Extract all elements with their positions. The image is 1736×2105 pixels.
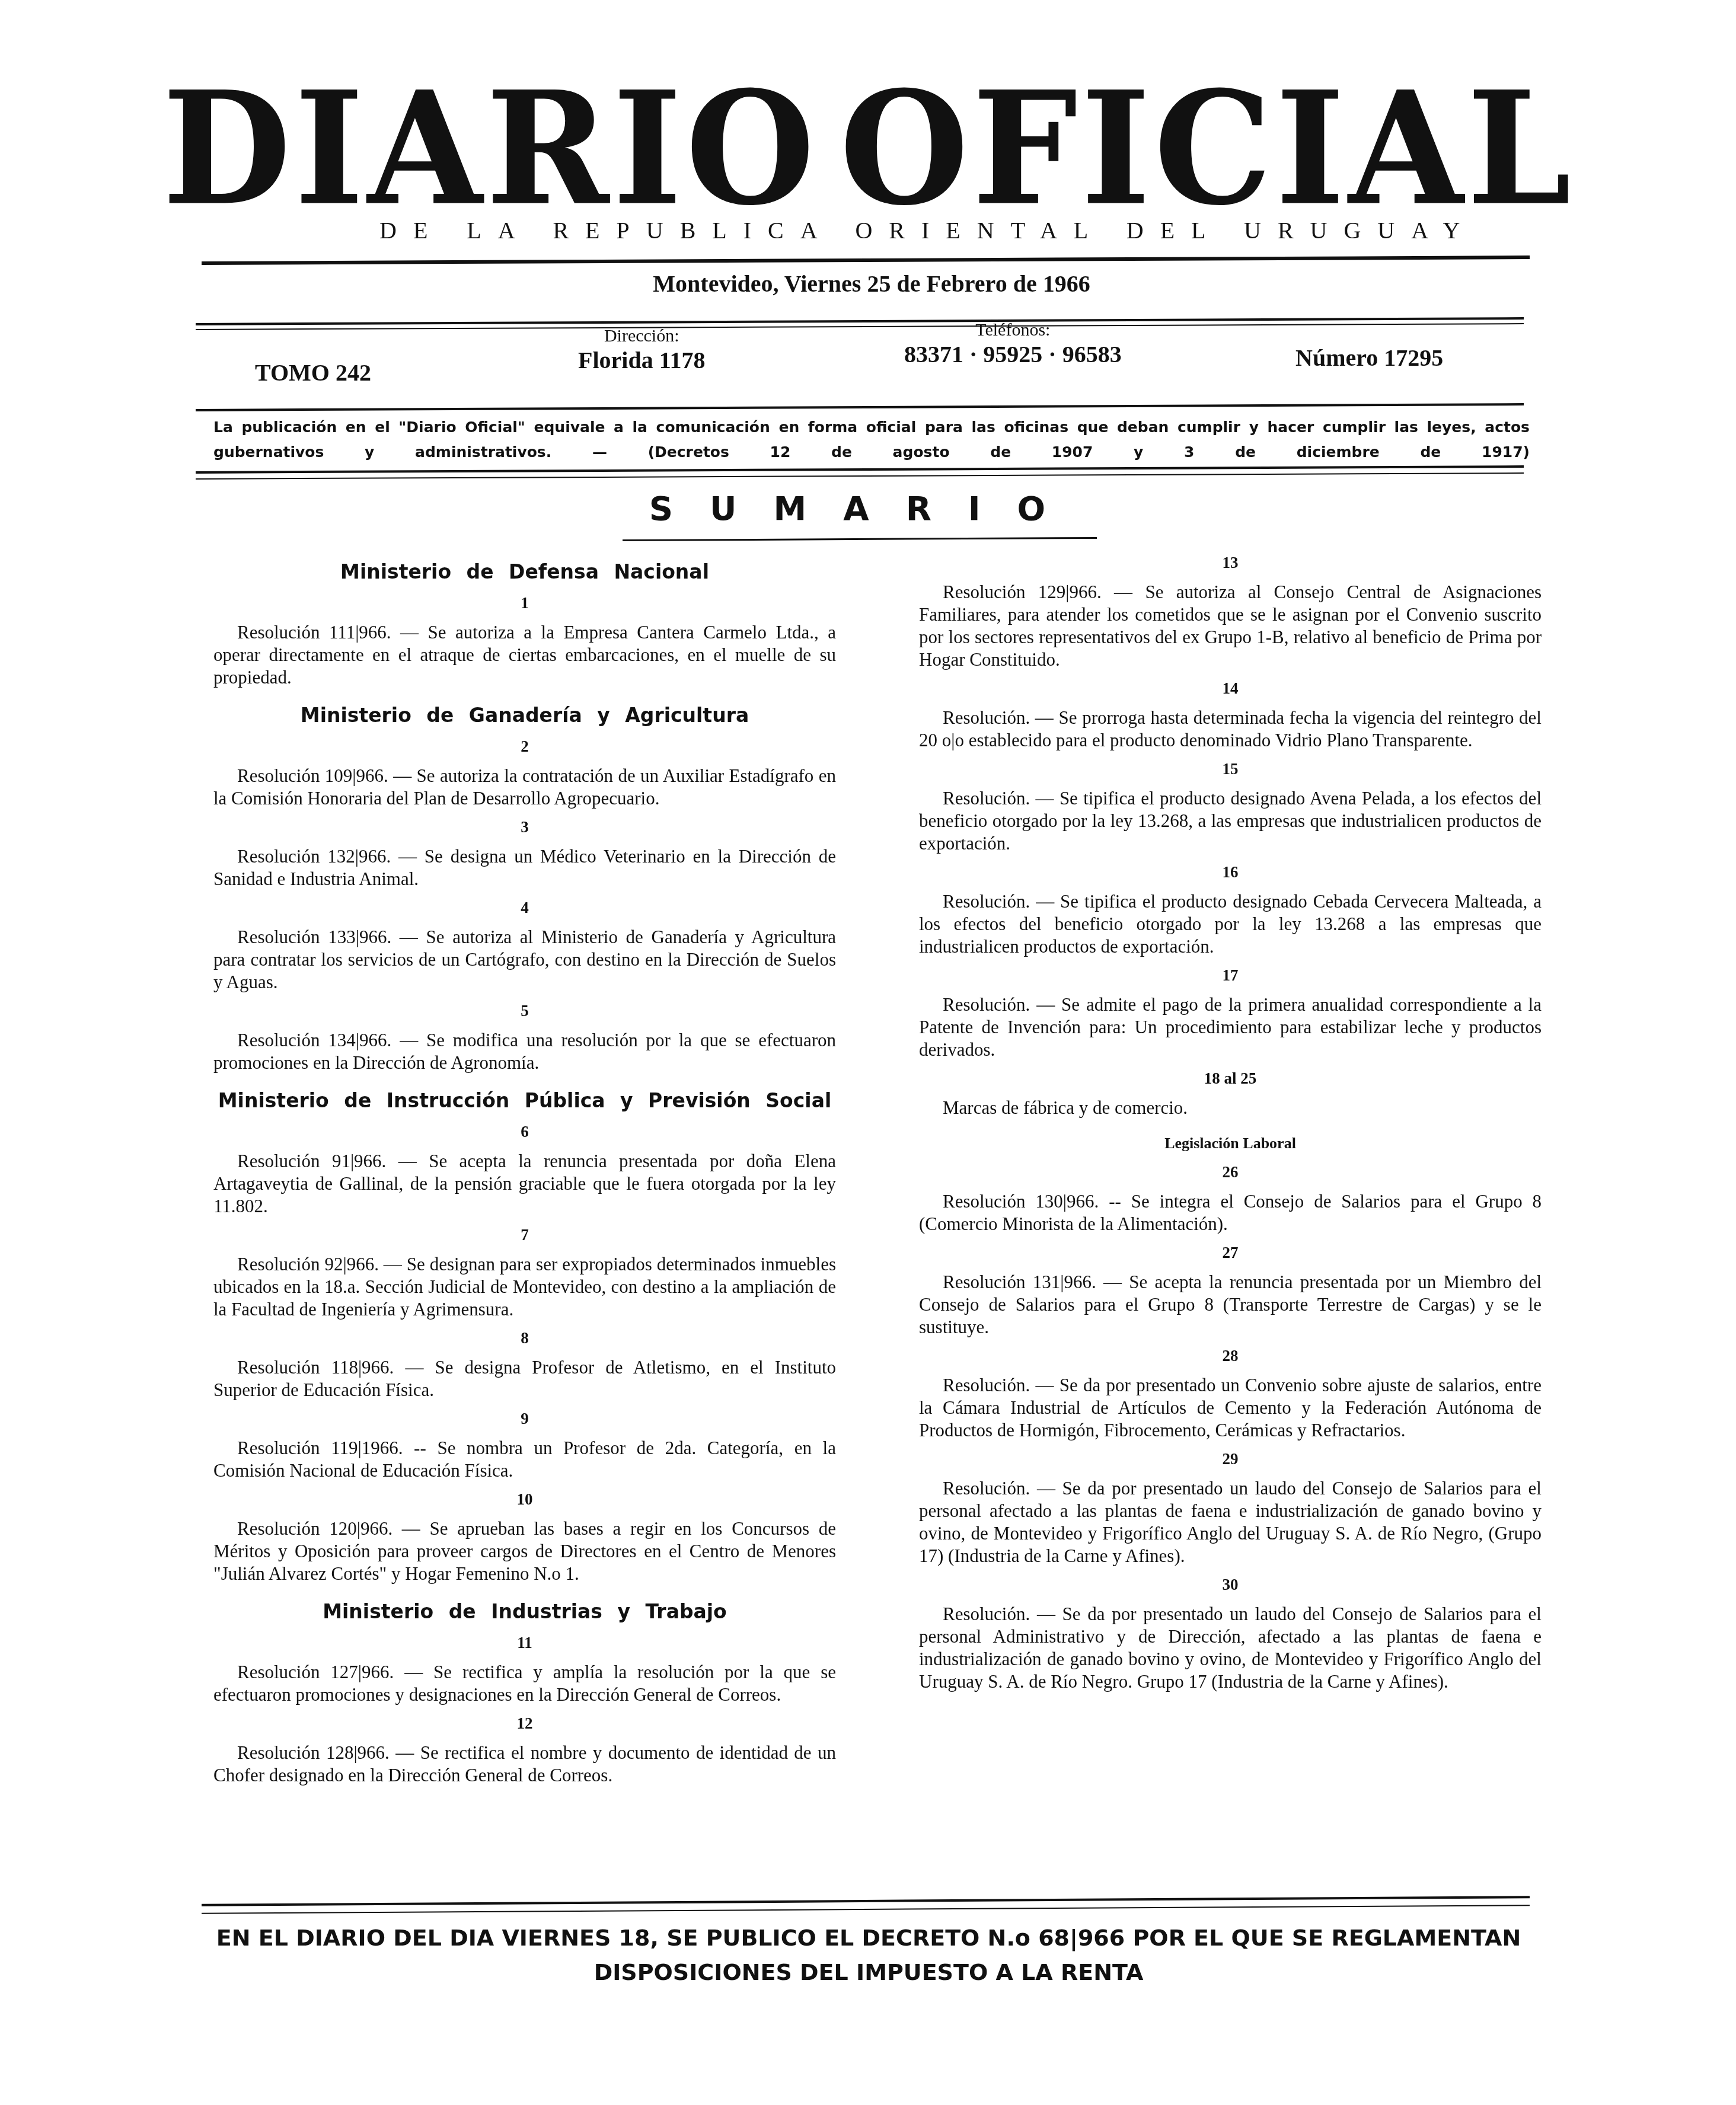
item-number: 12 bbox=[213, 1712, 836, 1735]
summary-entry: Resolución. — Se da por presentado un la… bbox=[919, 1477, 1542, 1567]
masthead-title-left: DIARIO bbox=[162, 71, 818, 226]
numero-info: Número 17295 bbox=[1295, 344, 1443, 372]
item-number: 4 bbox=[213, 896, 836, 919]
footer-line-1: EN EL DIARIO DEL DIA VIERNES 18, SE PUBL… bbox=[202, 1921, 1536, 1955]
divider-rule bbox=[202, 1896, 1530, 1906]
item-number: 7 bbox=[213, 1224, 836, 1246]
item-number: 16 bbox=[919, 861, 1542, 883]
item-number: 27 bbox=[919, 1241, 1542, 1264]
divider-rule bbox=[196, 472, 1524, 480]
legal-notice: La publicación en el "Diario Oficial" eq… bbox=[213, 415, 1530, 465]
ministry-heading: Ministerio de Industrias y Trabajo bbox=[213, 1601, 836, 1623]
direccion-value: Florida 1178 bbox=[578, 346, 705, 374]
divider-rule bbox=[202, 1905, 1530, 1914]
direccion-info: Dirección: Florida 1178 bbox=[578, 326, 705, 374]
summary-entry: Resolución 118|966. — Se designa Profeso… bbox=[213, 1356, 836, 1401]
summary-entry: Resolución. — Se tipifica el producto de… bbox=[919, 890, 1542, 958]
item-number: 1 bbox=[213, 592, 836, 614]
summary-entry: Marcas de fábrica y de comercio. bbox=[919, 1097, 1542, 1119]
numero-value: Número 17295 bbox=[1295, 344, 1443, 372]
summary-entry: Resolución 128|966. — Se rectifica el no… bbox=[213, 1742, 836, 1787]
item-number: 3 bbox=[213, 816, 836, 838]
item-number: 30 bbox=[919, 1573, 1542, 1596]
item-number: 5 bbox=[213, 999, 836, 1022]
summary-entry: Resolución 131|966. — Se acepta la renun… bbox=[919, 1271, 1542, 1339]
summary-entry: Resolución 134|966. — Se modifica una re… bbox=[213, 1029, 836, 1074]
ministry-heading: Ministerio de Instrucción Pública y Prev… bbox=[213, 1090, 836, 1112]
summary-entry: Resolución 132|966. — Se designa un Médi… bbox=[213, 845, 836, 890]
item-number: 15 bbox=[919, 758, 1542, 780]
summary-left-column: Ministerio de Defensa Nacional1Resolució… bbox=[213, 545, 836, 1789]
telefonos-label: Teléfonos: bbox=[904, 320, 1122, 340]
telefonos-value: 83371 · 95925 · 96583 bbox=[904, 340, 1122, 368]
summary-entry: Resolución. — Se prorroga hasta determin… bbox=[919, 707, 1542, 752]
summary-entry: Resolución 91|966. — Se acepta la renunc… bbox=[213, 1150, 836, 1218]
item-number: 18 al 25 bbox=[919, 1067, 1542, 1090]
item-number: 14 bbox=[919, 677, 1542, 699]
tomo-value: TOMO 242 bbox=[255, 359, 371, 386]
summary-entry: Resolución 120|966. — Se aprueban las ba… bbox=[213, 1518, 836, 1585]
item-number: 26 bbox=[919, 1161, 1542, 1183]
item-number: 28 bbox=[919, 1344, 1542, 1367]
divider-rule bbox=[196, 403, 1524, 411]
item-number: 11 bbox=[213, 1631, 836, 1654]
summary-entry: Resolución 130|966. -- Se integra el Con… bbox=[919, 1190, 1542, 1235]
summary-right-column: 13Resolución 129|966. — Se autoriza al C… bbox=[919, 545, 1542, 1695]
summary-entry: Resolución 109|966. — Se autoriza la con… bbox=[213, 765, 836, 810]
summary-entry: Resolución 129|966. — Se autoriza al Con… bbox=[919, 581, 1542, 671]
item-number: 29 bbox=[919, 1448, 1542, 1470]
summary-entry: Resolución. — Se tipifica el producto de… bbox=[919, 787, 1542, 855]
tomo-info: TOMO 242 bbox=[255, 359, 371, 386]
divider-rule bbox=[196, 465, 1524, 474]
summary-entry: Resolución 133|966. — Se autoriza al Min… bbox=[213, 926, 836, 994]
summary-entry: Resolución 119|1966. -- Se nombra un Pro… bbox=[213, 1437, 836, 1482]
item-number: 6 bbox=[213, 1120, 836, 1143]
divider-rule bbox=[202, 255, 1530, 265]
item-number: 8 bbox=[213, 1327, 836, 1349]
masthead: DIARIO OFICIAL bbox=[202, 77, 1536, 219]
summary-entry: Resolución. — Se da por presentado un la… bbox=[919, 1603, 1542, 1693]
ministry-heading: Ministerio de Defensa Nacional bbox=[213, 561, 836, 583]
summary-entry: Resolución. — Se admite el pago de la pr… bbox=[919, 994, 1542, 1061]
footer-line-2: DISPOSICIONES DEL IMPUESTO A LA RENTA bbox=[202, 1955, 1536, 1989]
masthead-subtitle: DE LA REPUBLICA ORIENTAL DEL URUGUAY bbox=[379, 216, 1364, 244]
ministry-heading: Ministerio de Ganadería y Agricultura bbox=[213, 704, 836, 727]
section-label: Legislación Laboral bbox=[919, 1132, 1542, 1155]
item-number: 17 bbox=[919, 964, 1542, 986]
footer-announcement: EN EL DIARIO DEL DIA VIERNES 18, SE PUBL… bbox=[202, 1921, 1536, 1989]
summary-entry: Resolución 92|966. — Se designan para se… bbox=[213, 1253, 836, 1321]
summary-entry: Resolución 127|966. — Se rectifica y amp… bbox=[213, 1661, 836, 1706]
item-number: 9 bbox=[213, 1407, 836, 1430]
direccion-label: Dirección: bbox=[578, 326, 705, 346]
sumario-title: SUMARIO bbox=[646, 490, 1085, 528]
masthead-title-right: OFICIAL bbox=[840, 71, 1575, 226]
telefonos-info: Teléfonos: 83371 · 95925 · 96583 bbox=[904, 320, 1122, 368]
divider-rule bbox=[623, 537, 1097, 541]
summary-entry: Resolución 111|966. — Se autoriza a la E… bbox=[213, 621, 836, 689]
summary-entry: Resolución. — Se da por presentado un Co… bbox=[919, 1374, 1542, 1442]
item-number: 2 bbox=[213, 735, 836, 758]
item-number: 13 bbox=[919, 551, 1542, 574]
item-number: 10 bbox=[213, 1488, 836, 1510]
dateline: Montevideo, Viernes 25 de Febrero de 196… bbox=[202, 270, 1542, 298]
